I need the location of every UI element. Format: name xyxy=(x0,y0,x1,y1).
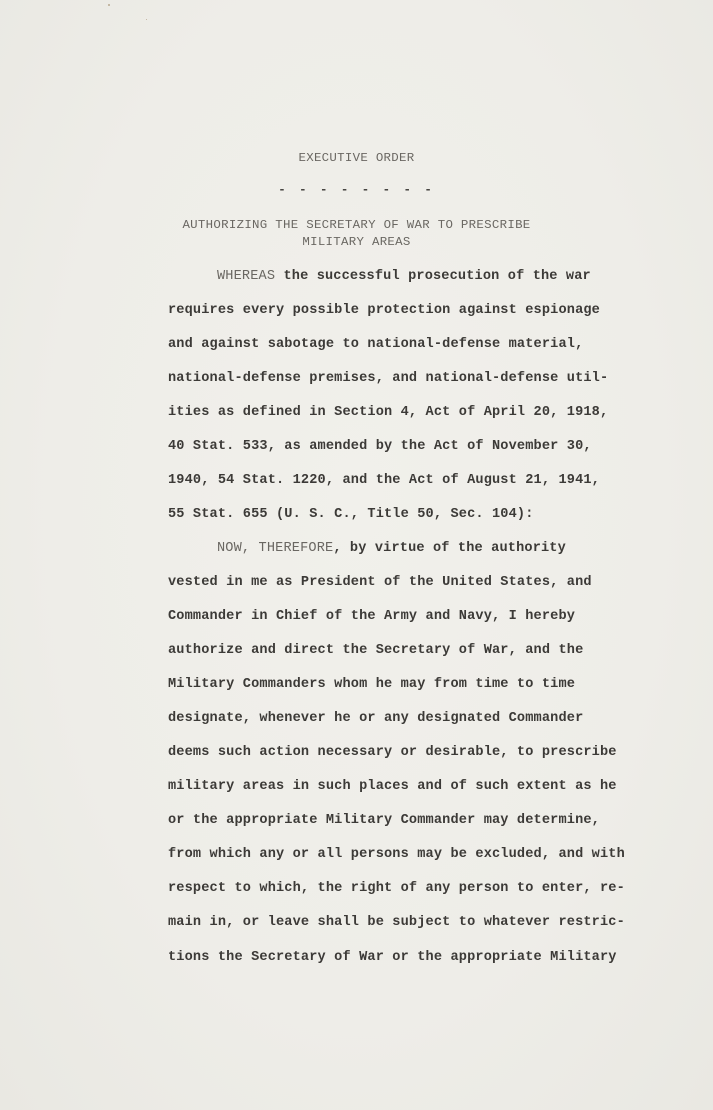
paragraph-2-line-11: respect to which, the right of any perso… xyxy=(168,881,625,896)
paragraph-1-line-2: requires every possible protection again… xyxy=(168,303,600,318)
paragraph-1-line-8: 55 Stat. 655 (U. S. C., Title 50, Sec. 1… xyxy=(168,507,534,522)
paragraph-2-line-9: or the appropriate Military Commander ma… xyxy=(168,813,600,828)
paragraph-2-line-6: designate, whenever he or any designated… xyxy=(168,711,583,726)
paragraph-2-line-1: NOW, THEREFORE, by virtue of the authori… xyxy=(217,541,566,556)
paragraph-1-line-5: ities as defined in Section 4, Act of Ap… xyxy=(168,405,608,420)
paragraph-2-line-8: military areas in such places and of suc… xyxy=(168,779,617,794)
paragraph-2-line-1-text: , by virtue of the authority xyxy=(333,541,566,556)
document-page: EXECUTIVE ORDER - - - - - - - - AUTHORIZ… xyxy=(0,0,713,1110)
paper-speck xyxy=(146,19,147,20)
title-separator: - - - - - - - - xyxy=(0,183,713,197)
paragraph-1-line-3: and against sabotage to national-defense… xyxy=(168,337,583,352)
paragraph-2-line-2: vested in me as President of the United … xyxy=(168,575,592,590)
document-subtitle-line-1: AUTHORIZING THE SECRETARY OF WAR TO PRES… xyxy=(0,218,713,232)
paragraph-2-line-4: authorize and direct the Secretary of Wa… xyxy=(168,643,583,658)
paragraph-2-line-12: main in, or leave shall be subject to wh… xyxy=(168,915,625,930)
paragraph-1-line-7: 1940, 54 Stat. 1220, and the Act of Augu… xyxy=(168,473,600,488)
paragraph-2-line-13: tions the Secretary of War or the approp… xyxy=(168,950,617,965)
paragraph-1-line-1-text: the successful prosecution of the war xyxy=(275,269,591,284)
paper-speck xyxy=(108,4,110,6)
document-title: EXECUTIVE ORDER xyxy=(0,151,713,165)
paragraph-1-lead-word: WHEREAS xyxy=(217,269,275,284)
paragraph-2-lead-word: NOW, THEREFORE xyxy=(217,541,333,556)
document-subtitle-line-2: MILITARY AREAS xyxy=(0,235,713,249)
paragraph-2-line-3: Commander in Chief of the Army and Navy,… xyxy=(168,609,575,624)
paragraph-1-line-4: national-defense premises, and national-… xyxy=(168,371,608,386)
paragraph-2-line-5: Military Commanders whom he may from tim… xyxy=(168,677,575,692)
paragraph-2-line-7: deems such action necessary or desirable… xyxy=(168,745,617,760)
paragraph-2-line-10: from which any or all persons may be exc… xyxy=(168,847,625,862)
paragraph-1-line-1: WHEREAS the successful prosecution of th… xyxy=(217,269,591,284)
paragraph-1-line-6: 40 Stat. 533, as amended by the Act of N… xyxy=(168,439,592,454)
